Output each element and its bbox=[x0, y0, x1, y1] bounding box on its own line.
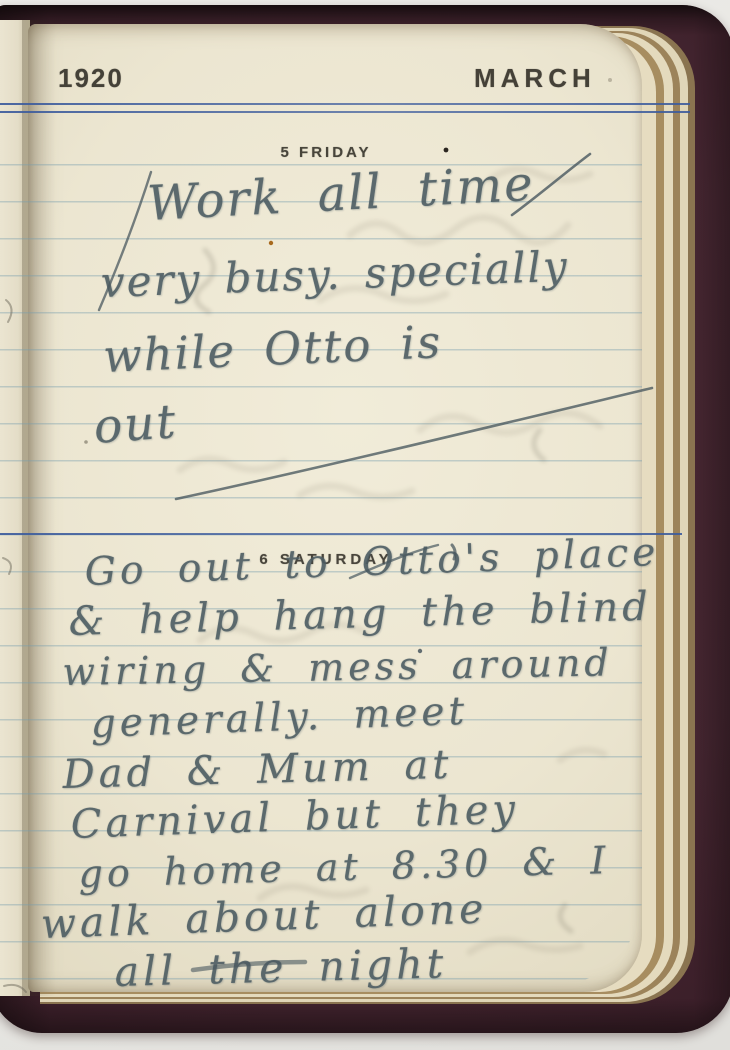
header-rule-top bbox=[0, 103, 690, 105]
diary-photo: 1920 MARCH 5 FRIDAY 6 SATURDAY Work all … bbox=[0, 0, 730, 1050]
friday-entry-line: out bbox=[92, 394, 179, 455]
month-label: MARCH bbox=[474, 63, 596, 94]
year-label: 1920 bbox=[58, 63, 124, 94]
day-header-friday: 5 FRIDAY bbox=[186, 144, 466, 161]
saturday-entry-line: all the night bbox=[114, 939, 448, 996]
header-rule-bottom bbox=[0, 111, 690, 113]
